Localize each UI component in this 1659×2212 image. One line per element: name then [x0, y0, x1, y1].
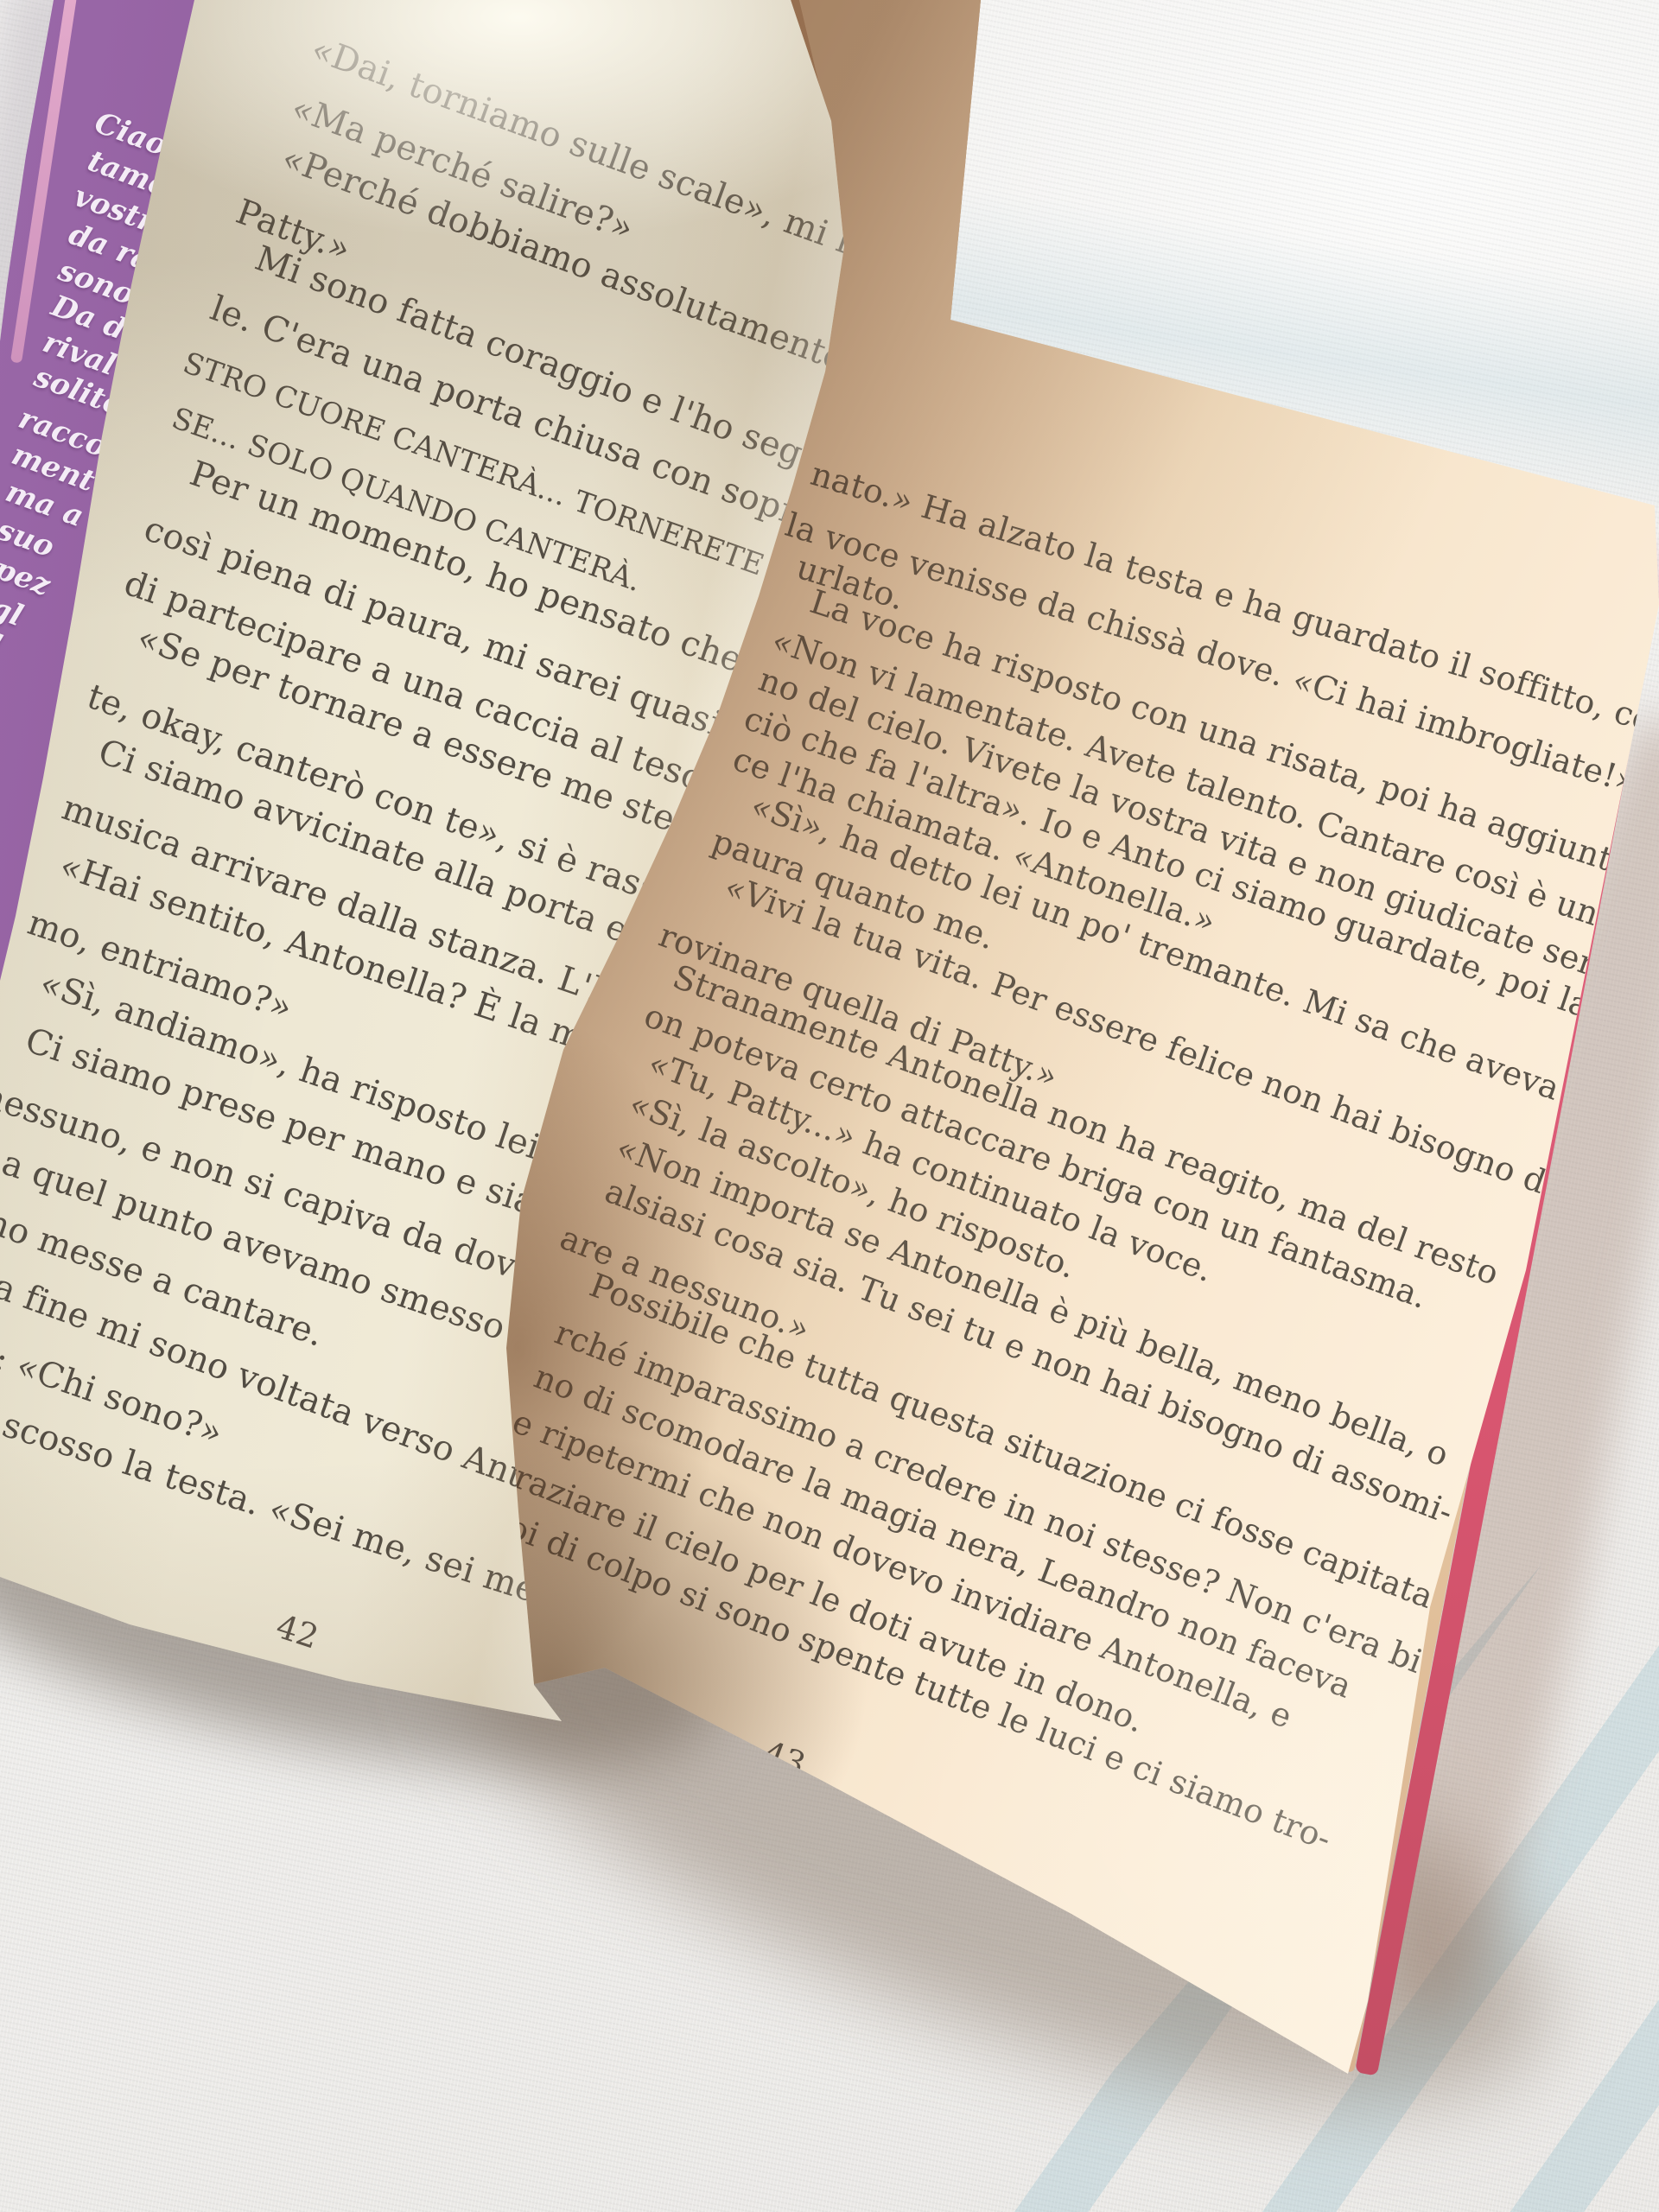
blurb-text-line: ma a — [1, 474, 88, 534]
blurb-text-line: sono — [54, 253, 138, 312]
blurb-text-line: racco — [14, 401, 111, 465]
photo-of-open-book: 43 nato.» Ha alzato la testa e ha guarda… — [0, 0, 1659, 2212]
blurb-text-line: l — [0, 627, 6, 664]
blurb-text-line: suo — [0, 512, 59, 565]
blurb-text-line: pez — [0, 551, 54, 603]
blurb-text-line: rival — [38, 325, 120, 383]
blurb-text-line: ment — [7, 437, 99, 499]
blurb-text-line: gl — [0, 590, 28, 633]
page-number-42: 42 — [271, 1607, 323, 1656]
